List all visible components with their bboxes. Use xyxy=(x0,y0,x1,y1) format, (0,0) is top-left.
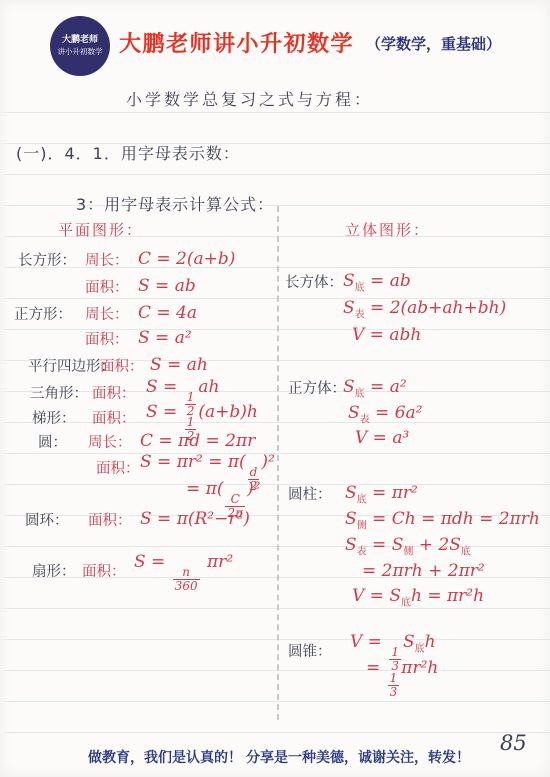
solid-row-cone-volume: 圆锥： V = 13S底h xyxy=(0,632,550,658)
measure-label: 周长： xyxy=(85,249,129,270)
scanned-notes-page: 大鹏老师 讲小升初数学 大鹏老师讲小升初数学 （学数学，重基础） 小学数学总复习… xyxy=(0,0,550,777)
solid-row-cube-surface: S表 = 6a² xyxy=(0,403,550,429)
solid-row-cylinder-surface-cont: = 2πrh + 2πr² xyxy=(0,561,550,587)
formula: S表 = 2(ab+ah+bh) xyxy=(343,298,506,320)
solid-row-cylinder-lateral: S侧 = Ch = πdh = 2πrh xyxy=(0,509,550,535)
main-title: 小学数学总复习之式与方程： xyxy=(126,87,373,110)
shape-name: 正方体： xyxy=(288,377,346,398)
solid-row-cuboid-base: 长方体： S底 = ab xyxy=(0,271,550,297)
measure-label: 面积： xyxy=(96,457,140,478)
formula: S = ah xyxy=(150,355,208,375)
brand-logo: 大鹏老师 讲小升初数学 xyxy=(50,16,110,76)
solid-row-cylinder-base: 圆柱： S底 = πr² xyxy=(0,483,550,509)
solid-row-cone-volume-cont: = 13πr²h xyxy=(0,658,550,684)
page-number: 85 xyxy=(500,731,527,755)
formula: = 13πr²h xyxy=(366,658,438,698)
solid-row-cuboid-volume: V = abh xyxy=(0,325,550,351)
measure-label: 面积： xyxy=(100,355,144,376)
solid-row-cube-volume: V = a³ xyxy=(0,428,550,454)
solid-figures-header: 立体图形： xyxy=(345,219,430,240)
plane-figures-header: 平面图形： xyxy=(58,219,143,240)
brand-title: 大鹏老师讲小升初数学 xyxy=(119,27,354,58)
formula: S底 = ab xyxy=(343,271,411,293)
solid-row-cylinder-surface: S表 = S侧 + 2S底 xyxy=(0,535,550,561)
formula: S表 = 6a² xyxy=(348,403,422,425)
shape-name: 圆柱： xyxy=(288,483,332,504)
formula: = 2πrh + 2πr² xyxy=(362,561,485,581)
formula: V = a³ xyxy=(355,428,409,448)
formula: S底 = πr² xyxy=(345,483,418,505)
formula: V = S底h = πr²h xyxy=(352,586,484,608)
plane-row-circle-area: 面积： S = πr² = π(d2)² xyxy=(0,452,550,478)
formula: S底 = a² xyxy=(343,377,407,399)
solid-row-cuboid-surface: S表 = 2(ab+ah+bh) xyxy=(0,298,550,324)
footer-slogan-left: 做教育，我们是认真的！ xyxy=(88,747,242,767)
footer-slogan-right: 分享是一种美德，诚谢关注，转发！ xyxy=(246,747,470,767)
shape-name: 长方体： xyxy=(285,271,343,292)
logo-text-line1: 大鹏老师 xyxy=(62,34,98,47)
solid-row-cylinder-volume: V = S底h = πr²h xyxy=(0,586,550,612)
solid-row-cube-base: 正方体： S底 = a² xyxy=(0,377,550,403)
subsection-heading: 3：用字母表示计算公式： xyxy=(76,192,274,215)
formula: S侧 = Ch = πdh = 2πrh xyxy=(345,509,540,531)
logo-text-line2: 讲小升初数学 xyxy=(58,47,103,58)
brand-subtitle: （学数学，重基础） xyxy=(366,33,501,54)
section-heading: (一)．4．1．用字母表示数： xyxy=(16,141,240,164)
shape-name: 长方形： xyxy=(18,249,76,270)
formula: V = abh xyxy=(352,325,421,345)
formula: C = 2(a+b) xyxy=(138,249,235,269)
formula: S表 = S侧 + 2S底 xyxy=(345,535,471,557)
